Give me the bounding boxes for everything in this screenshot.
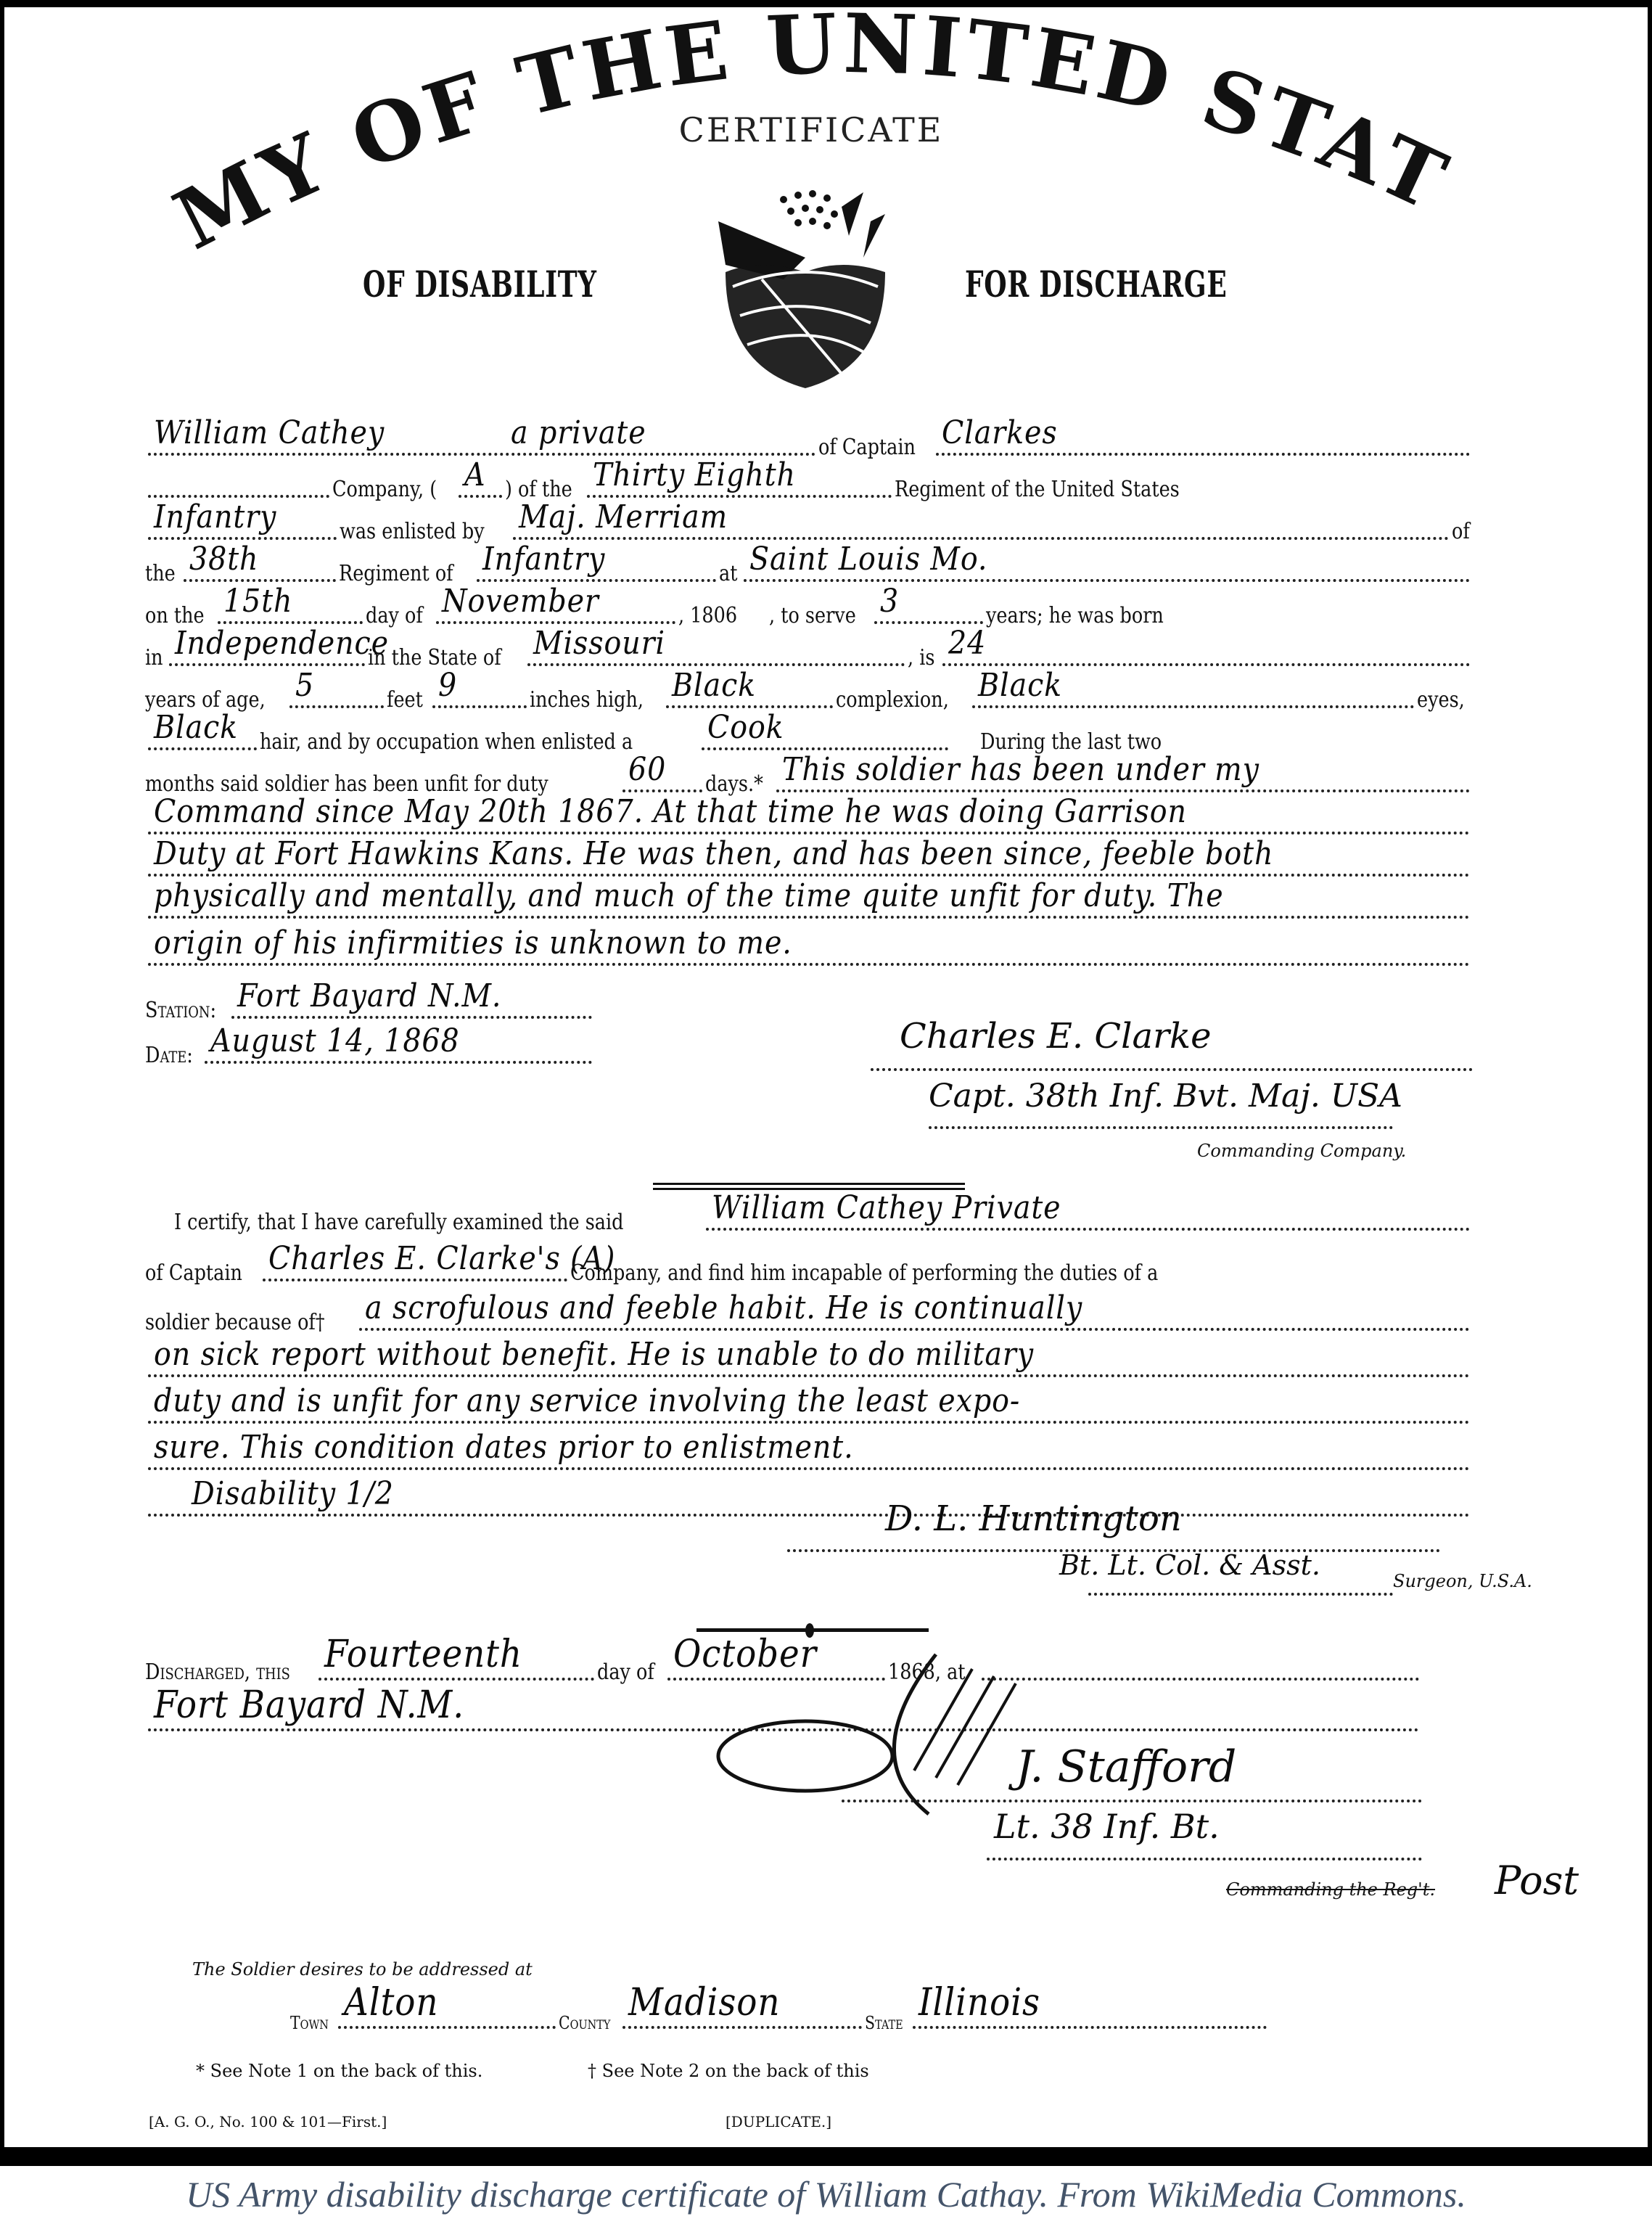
- disability-rating: Disability 1/2: [192, 1475, 394, 1512]
- form-line-enlisted: Infantry was enlisted by Maj. Merriam of: [145, 506, 1473, 544]
- reason-text: duty and is unfit for any service involv…: [154, 1382, 1020, 1419]
- footnote-2: † See Note 2 on the back of this: [588, 2061, 869, 2081]
- birthplace: Independence: [175, 625, 389, 662]
- remarks-line-4: origin of his infirmities is unknown to …: [145, 932, 1473, 970]
- age: 24: [948, 625, 986, 662]
- regiment-arm: Infantry: [482, 541, 605, 578]
- form-number: [A. G. O., No. 100 & 101—First.]: [149, 2113, 387, 2130]
- remarks-text: Command since May 20th 1867. At that tim…: [154, 793, 1187, 830]
- discharge-title: Lt. 38 Inf. Bt.: [994, 1807, 1220, 1846]
- form-line-description: years of age, 5 feet 9 inches high, Blac…: [145, 675, 1473, 713]
- reason-line-4: sure. This condition dates prior to enli…: [145, 1437, 1473, 1474]
- remarks-line-1: Command since May 20th 1867. At that tim…: [145, 801, 1473, 839]
- regiment-number: 38th: [189, 541, 258, 578]
- commander-signature-line: [871, 1068, 1473, 1071]
- commander-signature: Charles E. Clarke: [900, 1016, 1212, 1057]
- label-complexion: complexion,: [836, 687, 949, 713]
- surgeon-title-line: [1088, 1593, 1393, 1596]
- surgeon-caption: Surgeon, U.S.A.: [1393, 1571, 1532, 1591]
- because-line: soldier because of† a scrofulous and fee…: [145, 1297, 1473, 1335]
- date-value: August 14, 1868: [210, 1022, 460, 1059]
- enlisted-by: Maj. Merriam: [519, 499, 728, 536]
- ornament-divider: [696, 1628, 929, 1632]
- label-company: Company, (: [332, 477, 437, 502]
- post-handwritten: Post: [1495, 1858, 1579, 1903]
- soldier-name: William Cathey: [154, 414, 385, 451]
- date-line: Date: August 14, 1868: [145, 1030, 595, 1068]
- label-regiment-of: Regiment of: [339, 561, 453, 586]
- subtitle-for-discharge: FOR DISCHARGE: [965, 263, 1227, 305]
- duplicate-mark: [DUPLICATE.]: [726, 2113, 831, 2130]
- label-county: County: [559, 2013, 610, 2033]
- birth-state: Missouri: [533, 625, 665, 662]
- label-state: State: [865, 2013, 903, 2033]
- label-state-of: in the State of: [368, 645, 501, 670]
- label-of-captain: of Captain: [818, 435, 916, 460]
- reason-text: on sick report without benefit. He is un…: [154, 1336, 1034, 1373]
- remarks-text: Duty at Fort Hawkins Kans. He was then, …: [154, 835, 1273, 872]
- remarks-line-2: Duty at Fort Hawkins Kans. He was then, …: [145, 843, 1473, 881]
- certify-line: I certify, that I have carefully examine…: [174, 1197, 1473, 1235]
- address-town: Alton: [344, 1981, 438, 2024]
- image-caption: US Army disability discharge certificate…: [0, 2173, 1652, 2215]
- certify-captain-line: of Captain Charles E. Clarke's (A) Compa…: [145, 1248, 1473, 1286]
- label-hair-occupation: hair, and by occupation when enlisted a: [260, 729, 633, 755]
- form-line-hair-occupation: Black hair, and by occupation when enlis…: [145, 717, 1473, 755]
- label-date: Date:: [145, 1043, 193, 1068]
- discharge-signature: J. Stafford: [1016, 1741, 1236, 1792]
- label-at: at: [719, 561, 737, 586]
- eye-color: Black: [978, 667, 1062, 704]
- surgeon-signature: D. L. Huntington: [885, 1498, 1182, 1539]
- discharge-place: Fort Bayard N.M.: [154, 1683, 464, 1727]
- disability-line: Disability 1/2: [145, 1483, 1473, 1521]
- label-enlisted-by: was enlisted by: [340, 519, 485, 544]
- regiment-name: Thirty Eighth: [593, 456, 796, 493]
- discharge-signature-line: [842, 1800, 1422, 1802]
- commanding-company-caption: Commanding Company.: [1197, 1141, 1406, 1161]
- form-line-unfit-days: months said soldier has been unfit for d…: [145, 759, 1473, 797]
- label-of: of: [1452, 519, 1470, 544]
- soldier-rank: a private: [511, 414, 646, 451]
- remarks-text: origin of his infirmities is unknown to …: [154, 924, 792, 961]
- enlistment-year: , 1806: [678, 603, 737, 628]
- days-unfit: 60: [628, 751, 666, 788]
- captain-name: Clarkes: [942, 414, 1058, 451]
- enlistment-month: November: [442, 583, 599, 620]
- address-county: Madison: [628, 1981, 780, 2024]
- occupation: Cook: [707, 709, 784, 746]
- label-is: , is: [908, 645, 934, 670]
- form-line-regiment: the 38th Regiment of Infantry at Saint L…: [145, 549, 1473, 586]
- eagle-seal-icon: [696, 178, 914, 395]
- label-because-of: soldier because of†: [145, 1310, 325, 1335]
- address-state: Illinois: [919, 1981, 1040, 2024]
- height-feet: 5: [295, 667, 314, 704]
- commander-title-line: [929, 1126, 1393, 1129]
- label-to-serve: , to serve: [769, 603, 856, 628]
- reason-line-3: duty and is unfit for any service involv…: [145, 1390, 1473, 1428]
- label-town: Town: [290, 2013, 329, 2033]
- commander-title: Capt. 38th Inf. Bvt. Maj. USA: [929, 1078, 1402, 1115]
- address-line: Town Alton County Madison State Illinois: [290, 1995, 1270, 2033]
- enlistment-day: 15th: [223, 583, 292, 620]
- discharge-day: Fourteenth: [324, 1633, 522, 1676]
- footnote-1: * See Note 1 on the back of this.: [196, 2061, 482, 2081]
- label-feet: feet: [387, 687, 423, 713]
- address-intro: The Soldier desires to be addressed at: [192, 1959, 533, 1980]
- height-inches: 9: [438, 667, 457, 704]
- label-station: Station:: [145, 998, 216, 1023]
- discharge-title-line: [987, 1858, 1422, 1860]
- arm-of-service: Infantry: [154, 499, 276, 536]
- hair-color: Black: [154, 709, 238, 746]
- label-years-born: years; he was born: [986, 603, 1164, 628]
- label-regiment-us: Regiment of the United States: [895, 477, 1180, 502]
- examined-soldier: William Cathey Private: [712, 1189, 1061, 1226]
- station-value: Fort Bayard N.M.: [237, 977, 501, 1014]
- enlistment-place: Saint Louis Mo.: [749, 541, 987, 578]
- form-line-enlistment-date: on the 15th day of November , 1806 , to …: [145, 591, 1473, 628]
- certificate-heading: CERTIFICATE: [608, 110, 1014, 149]
- label-inches-high: inches high,: [530, 687, 644, 713]
- reason-text: sure. This condition dates prior to enli…: [154, 1429, 854, 1466]
- form-line-birth: in Independence in the State of Missouri…: [145, 633, 1473, 670]
- label-incapable: Company, and find him incapable of perfo…: [570, 1260, 1158, 1286]
- remarks-start: This soldier has been under my: [782, 751, 1259, 788]
- label-i-certify: I certify, that I have carefully examine…: [174, 1210, 623, 1235]
- form-line-name: William Catheya private of Captain Clark…: [145, 422, 1473, 460]
- label-the: the: [145, 561, 176, 586]
- label-discharged: Discharged, this: [145, 1660, 290, 1685]
- remarks-line-3: physically and mentally, and much of the…: [145, 885, 1473, 923]
- company-letter: A: [464, 456, 486, 493]
- reason-line-2: on sick report without benefit. He is un…: [145, 1344, 1473, 1382]
- certify-captain: Charles E. Clarke's (A): [268, 1240, 615, 1277]
- subtitle-of-disability: OF DISABILITY: [363, 263, 597, 305]
- surgeon-title: Bt. Lt. Col. & Asst.: [1059, 1549, 1320, 1581]
- label-eyes: eyes,: [1417, 687, 1465, 713]
- commanding-regt-caption: Commanding the Reg't.: [1226, 1879, 1435, 1900]
- station-line: Station: Fort Bayard N.M.: [145, 985, 595, 1023]
- label-in: in: [145, 645, 163, 670]
- remarks-text: physically and mentally, and much of the…: [154, 877, 1224, 914]
- form-line-company: Company, ( A ) of the Thirty Eighth Regi…: [145, 464, 1473, 502]
- complexion: Black: [672, 667, 756, 704]
- label-of-captain-2: of Captain: [145, 1260, 242, 1286]
- reason-text: a scrofulous and feeble habit. He is con…: [365, 1289, 1082, 1326]
- service-years: 3: [880, 583, 899, 620]
- label-day-of-2: day of: [597, 1660, 654, 1685]
